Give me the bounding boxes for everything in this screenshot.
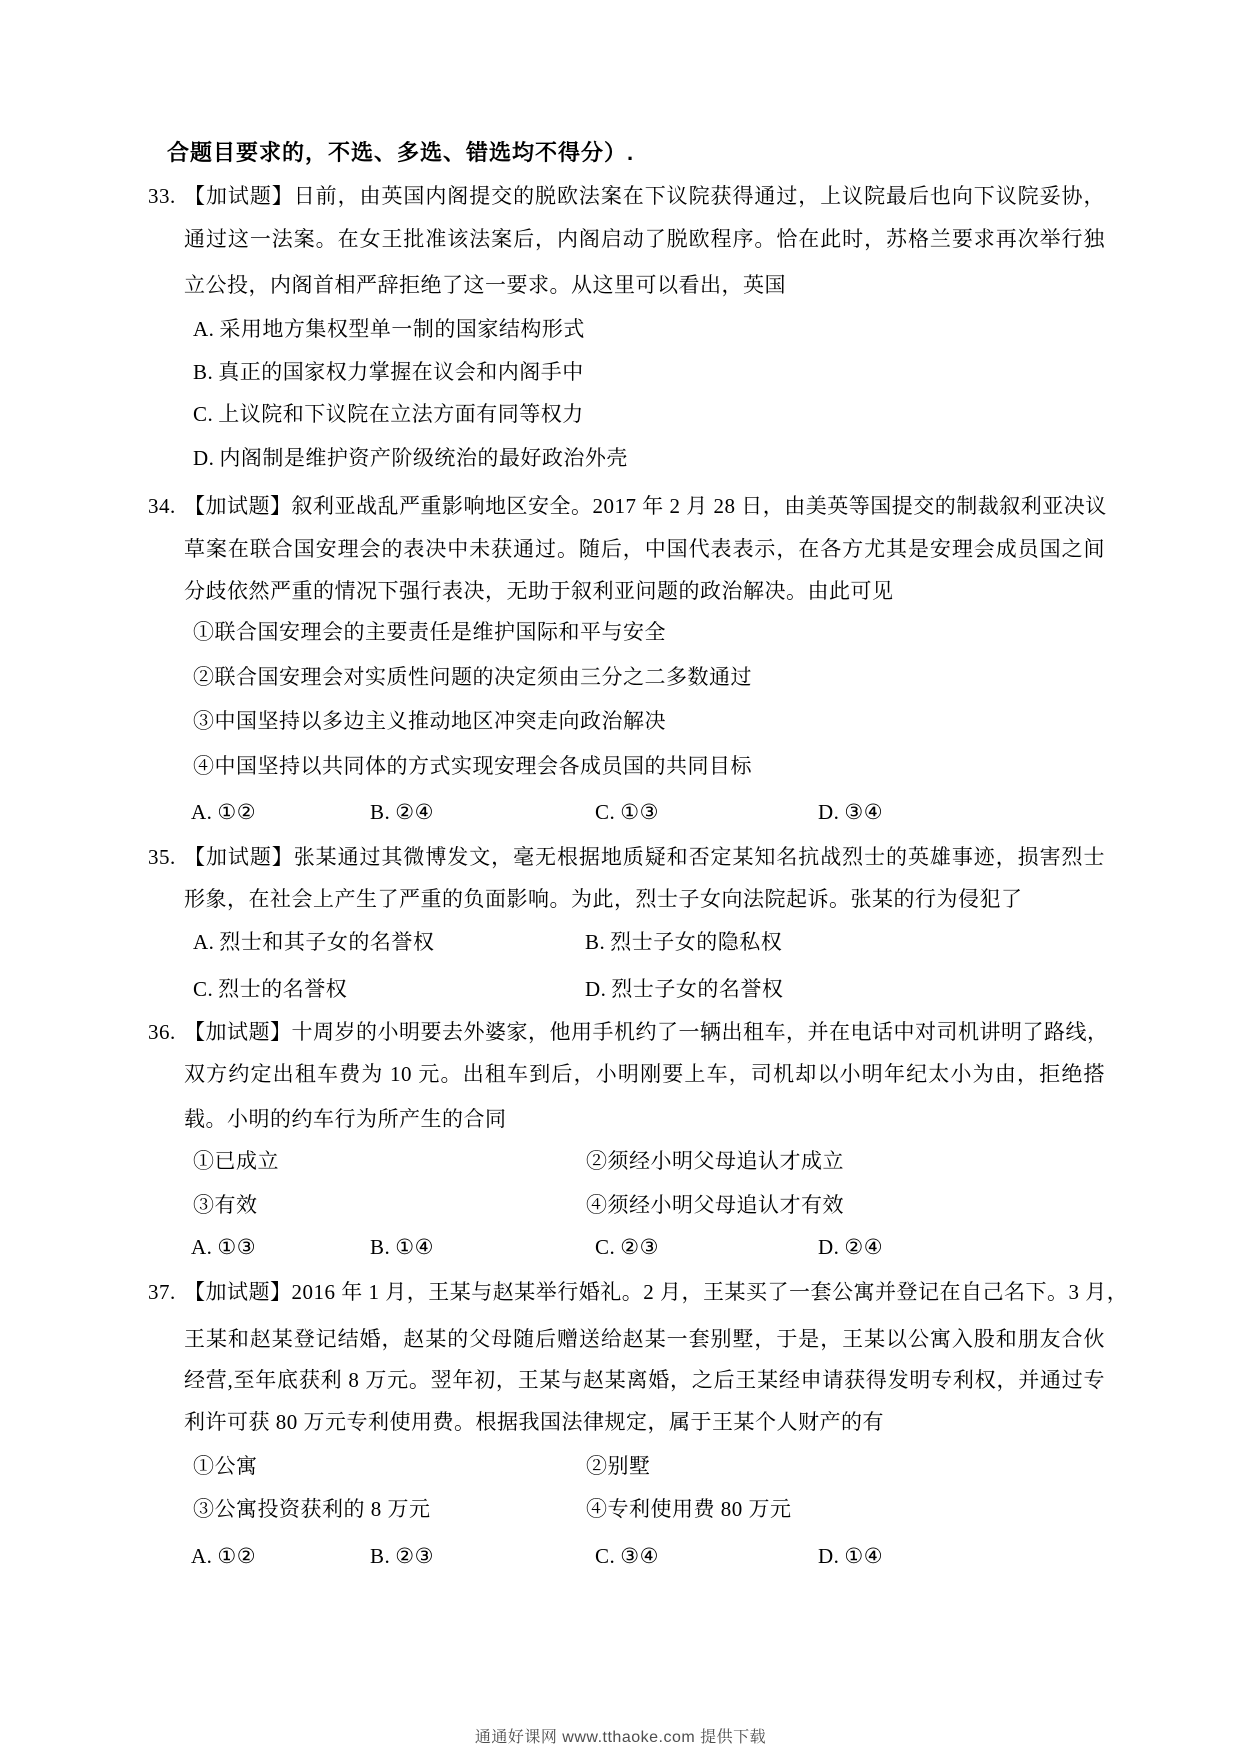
q37-stem-line: 【加试题】2016 年 1 月，王某与赵某举行婚礼。2 月，王某买了一套公寓并登…: [184, 1279, 1105, 1306]
answer-value: ②③: [620, 1235, 659, 1259]
q34-answer-c: C.①③: [595, 799, 659, 826]
q36-answer-a: A.①③: [191, 1234, 256, 1261]
q34-item-2: ②联合国安理会对实质性问题的决定须由三分之二多数通过: [193, 664, 752, 691]
answer-label: B.: [370, 1235, 390, 1259]
answer-value: ①②: [217, 1544, 256, 1568]
q34-stem-line: 【加试题】叙利亚战乱严重影响地区安全。2017 年 2 月 28 日，由美英等国…: [184, 493, 1105, 520]
q36-answer-b: B.①④: [370, 1234, 434, 1261]
q35-number: 35.: [148, 844, 176, 871]
answer-value: ①②: [217, 800, 256, 824]
option-label: B.: [585, 930, 605, 954]
answer-label: C.: [595, 1235, 615, 1259]
option-text: 真正的国家权力掌握在议会和内阁手中: [218, 360, 584, 384]
option-text: 采用地方集权型单一制的国家结构形式: [219, 317, 585, 341]
option-label: A.: [193, 930, 214, 954]
q37-stem-line: 经营,至年底获利 8 万元。翌年初，王某与赵某离婚，之后王某经申请获得发明专利权…: [184, 1367, 1105, 1394]
q34-item-3: ③中国坚持以多边主义推动地区冲突走向政治解决: [193, 708, 666, 735]
q34-number: 34.: [148, 493, 176, 520]
q33-option-a: A.采用地方集权型单一制的国家结构形式: [193, 316, 585, 343]
q36-number: 36.: [148, 1019, 176, 1046]
q37-number: 37.: [148, 1279, 176, 1306]
q33-option-c: C.上议院和下议院在立法方面有同等权力: [193, 401, 584, 428]
q34-stem-line: 草案在联合国安理会的表决中未获通过。随后，中国代表表示，在各方尤其是安理会成员国…: [184, 536, 1105, 563]
answer-label: D.: [818, 1235, 839, 1259]
q36-stem-line: 双方约定出租车费为 10 元。出租车到后，小明刚要上车，司机却以小明年纪太小为由…: [184, 1061, 1105, 1088]
q34-answer-b: B.②④: [370, 799, 434, 826]
q36-item-4: ④须经小明父母追认才有效: [586, 1192, 844, 1219]
option-text: 内阁制是维护资产阶级统治的最好政治外壳: [219, 446, 628, 470]
q35-option-c: C.烈士的名誉权: [193, 976, 347, 1003]
answer-value: ②③: [395, 1544, 434, 1568]
q34-answer-a: A.①②: [191, 799, 256, 826]
option-label: D.: [193, 446, 214, 470]
q34-stem-line: 分歧依然严重的情况下强行表决，无助于叙利亚问题的政治解决。由此可见: [184, 578, 894, 605]
q35-option-b: B.烈士子女的隐私权: [585, 929, 782, 956]
q37-item-4: ④专利使用费 80 万元: [586, 1496, 792, 1523]
option-label: C.: [193, 402, 213, 426]
q36-stem-line: 【加试题】十周岁的小明要去外婆家，他用手机约了一辆出租车，并在电话中对司机讲明了…: [184, 1019, 1105, 1046]
q33-option-b: B.真正的国家权力掌握在议会和内阁手中: [193, 359, 584, 386]
q35-stem-line: 【加试题】张某通过其微博发文，毫无根据地质疑和否定某知名抗战烈士的英雄事迹，损害…: [184, 844, 1105, 871]
q37-answer-b: B.②③: [370, 1543, 434, 1570]
option-label: C.: [193, 977, 213, 1001]
q36-answer-c: C.②③: [595, 1234, 659, 1261]
q36-item-2: ②须经小明父母追认才成立: [586, 1148, 844, 1175]
q37-item-3: ③公寓投资获利的 8 万元: [193, 1496, 431, 1523]
q35-option-d: D.烈士子女的名誉权: [585, 976, 783, 1003]
q33-option-d: D.内阁制是维护资产阶级统治的最好政治外壳: [193, 445, 628, 472]
q36-answer-d: D.②④: [818, 1234, 883, 1261]
answer-label: D.: [818, 1544, 839, 1568]
answer-label: D.: [818, 800, 839, 824]
answer-label: B.: [370, 1544, 390, 1568]
q33-number: 33.: [148, 183, 176, 210]
q37-answer-a: A.①②: [191, 1543, 256, 1570]
q37-item-1: ①公寓: [193, 1453, 258, 1480]
q37-item-2: ②别墅: [586, 1453, 651, 1480]
option-label: A.: [193, 317, 214, 341]
option-text: 烈士子女的名誉权: [611, 977, 783, 1001]
q37-stem-line: 利许可获 80 万元专利使用费。根据我国法律规定，属于王某个人财产的有: [184, 1409, 884, 1436]
option-text: 上议院和下议院在立法方面有同等权力: [218, 402, 584, 426]
q35-stem-line: 形象，在社会上产生了严重的负面影响。为此，烈士子女向法院起诉。张某的行为侵犯了: [184, 886, 1023, 913]
answer-label: C.: [595, 800, 615, 824]
exam-page: 合题目要求的，不选、多选、错选均不得分）. 33. 【加试题】日前，由英国内阁提…: [0, 0, 1241, 1753]
answer-value: ①③: [620, 800, 659, 824]
q35-option-a: A.烈士和其子女的名誉权: [193, 929, 434, 956]
q33-stem-line: 【加试题】日前，由英国内阁提交的脱欧法案在下议院获得通过，上议院最后也向下议院妥…: [184, 183, 1105, 210]
q33-stem-line: 立公投，内阁首相严辞拒绝了这一要求。从这里可以看出，英国: [184, 272, 786, 299]
answer-label: C.: [595, 1544, 615, 1568]
option-text: 烈士和其子女的名誉权: [219, 930, 434, 954]
answer-label: A.: [191, 1544, 212, 1568]
q36-stem-line: 载。小明的约车行为所产生的合同: [184, 1106, 507, 1133]
q37-answer-c: C.③④: [595, 1543, 659, 1570]
q34-answer-d: D.③④: [818, 799, 883, 826]
answer-value: ①③: [217, 1235, 256, 1259]
option-text: 烈士子女的隐私权: [610, 930, 782, 954]
answer-value: ①④: [844, 1544, 883, 1568]
q37-answer-d: D.①④: [818, 1543, 883, 1570]
q34-item-1: ①联合国安理会的主要责任是维护国际和平与安全: [193, 619, 666, 646]
q36-item-3: ③有效: [193, 1192, 258, 1219]
q36-item-1: ①已成立: [193, 1148, 279, 1175]
q37-stem-line: 王某和赵某登记结婚，赵某的父母随后赠送给赵某一套别墅，于是，王某以公寓入股和朋友…: [184, 1326, 1105, 1353]
answer-value: ①④: [395, 1235, 434, 1259]
answer-value: ③④: [620, 1544, 659, 1568]
answer-label: B.: [370, 800, 390, 824]
answer-value: ②④: [844, 1235, 883, 1259]
option-label: D.: [585, 977, 606, 1001]
answer-label: A.: [191, 800, 212, 824]
q33-stem-line: 通过这一法案。在女王批准该法案后，内阁启动了脱欧程序。恰在此时，苏格兰要求再次举…: [184, 226, 1105, 253]
answer-value: ②④: [395, 800, 434, 824]
answer-label: A.: [191, 1235, 212, 1259]
option-text: 烈士的名誉权: [218, 977, 347, 1001]
answer-value: ③④: [844, 800, 883, 824]
footer-watermark: 通通好课网 www.tthaoke.com 提供下载: [0, 1724, 1241, 1747]
q34-item-4: ④中国坚持以共同体的方式实现安理会各成员国的共同目标: [193, 753, 752, 780]
header-instruction: 合题目要求的，不选、多选、错选均不得分）.: [167, 139, 634, 166]
option-label: B.: [193, 360, 213, 384]
